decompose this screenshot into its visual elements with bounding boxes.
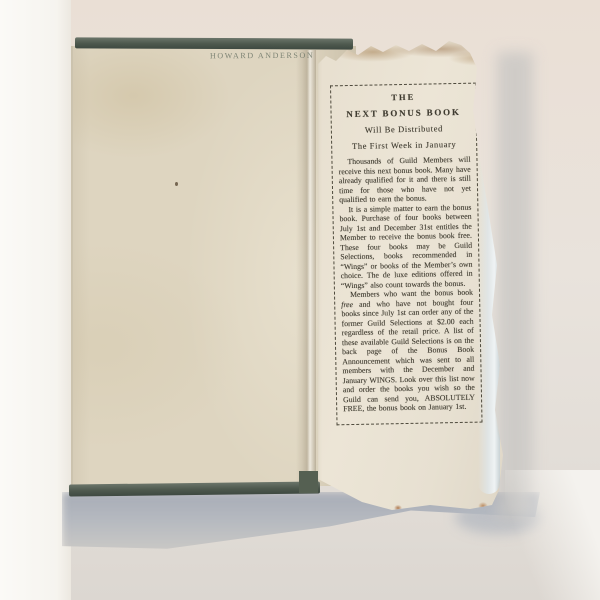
tipped-in-announcement-leaf: THE NEXT BONUS BOOK Will Be Distributed … <box>313 40 513 518</box>
book-top-cloth-edge <box>75 37 353 49</box>
book-photo: HOWARD ANDERSON THE NEXT BONUS BOOK Will… <box>0 0 600 600</box>
leaf-right-shadow <box>497 52 533 520</box>
page-speck <box>175 182 178 186</box>
notice-paragraph-2: It is a simple matter to earn the bonus … <box>339 202 473 290</box>
book-corner-cloth <box>299 471 318 493</box>
bonus-book-notice: THE NEXT BONUS BOOK Will Be Distributed … <box>330 83 482 425</box>
notice-body: Thousands of Guild Members will receive … <box>338 155 475 414</box>
owner-stamp: HOWARD ANDERSON <box>210 51 330 61</box>
notice-paragraph-1: Thousands of Guild Members will receive … <box>338 155 471 205</box>
notice-title-the: THE <box>337 91 469 104</box>
notice-p3-after: and who have not bought four books since… <box>341 297 475 413</box>
notice-title-main: NEXT BONUS BOOK <box>337 107 469 120</box>
gutter-crease <box>296 50 316 482</box>
notice-title-distributed: Will Be Distributed <box>338 123 470 136</box>
backdrop-left-strip <box>0 0 71 600</box>
notice-paragraph-3: Members who want the bonus book free and… <box>341 288 475 414</box>
notice-p3-italic-free: free <box>341 300 353 309</box>
backdrop-bright-corner <box>505 470 600 600</box>
notice-title-week: The First Week in January <box>338 139 470 152</box>
